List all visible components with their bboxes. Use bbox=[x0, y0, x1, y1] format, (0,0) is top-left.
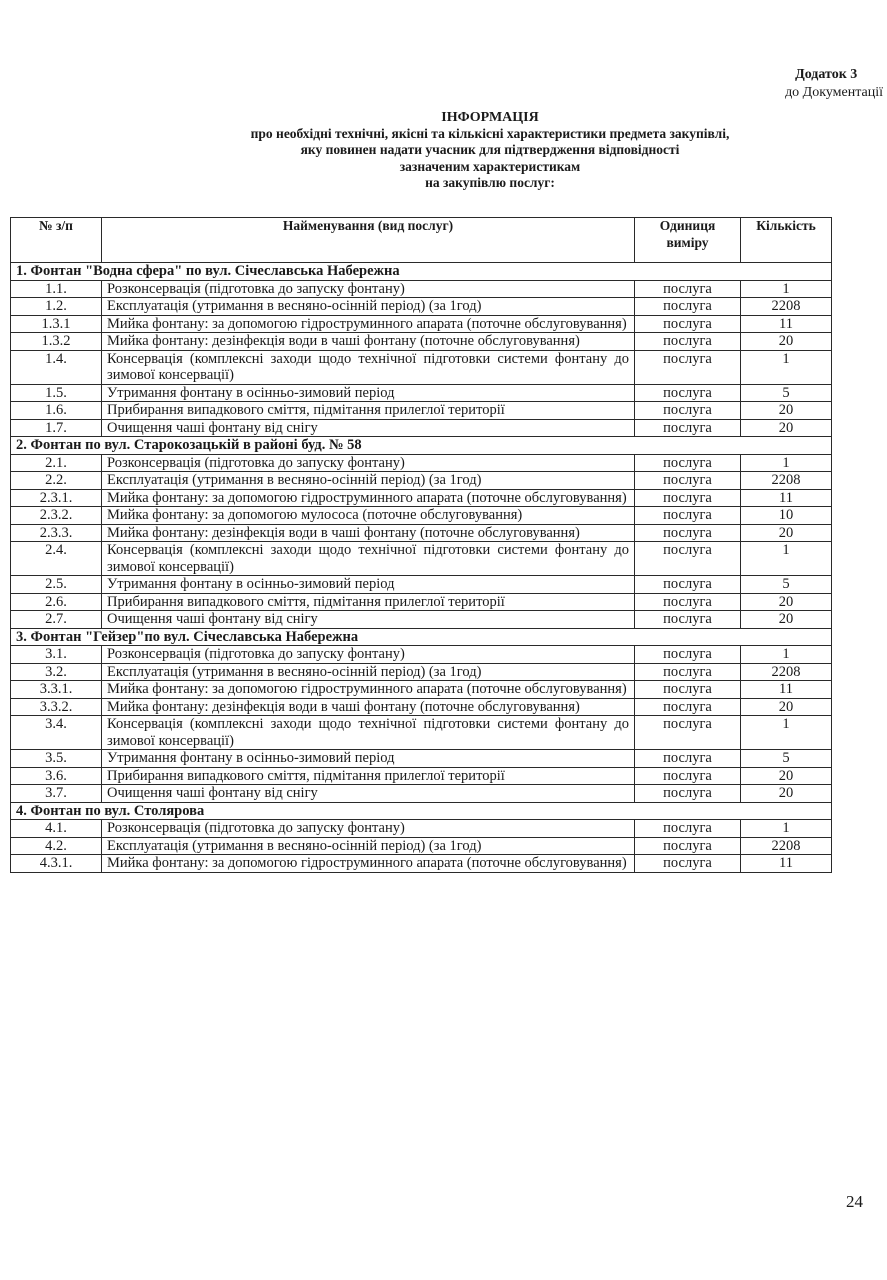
table-row: 2.1.Розконсервація (підготовка до запуск… bbox=[11, 454, 832, 472]
unit-of-measure: послуга bbox=[635, 280, 741, 298]
quantity: 20 bbox=[741, 333, 832, 351]
unit-of-measure: послуга bbox=[635, 820, 741, 838]
row-number: 2.4. bbox=[11, 542, 102, 576]
quantity: 20 bbox=[741, 593, 832, 611]
service-name: Мийка фонтану: за допомогою мулососа (по… bbox=[102, 507, 635, 525]
service-name: Мийка фонтану: за допомогою гідрострумин… bbox=[102, 681, 635, 699]
services-table: № з/п Найменування (вид послуг) Одиниця … bbox=[10, 217, 832, 873]
quantity: 11 bbox=[741, 681, 832, 699]
service-name: Мийка фонтану: дезінфекція води в чаші ф… bbox=[102, 524, 635, 542]
header-qty: Кількість bbox=[741, 218, 832, 263]
row-number: 2.5. bbox=[11, 576, 102, 594]
service-name: Експлуатація (утримання в весняно-осінні… bbox=[102, 663, 635, 681]
quantity: 1 bbox=[741, 716, 832, 750]
service-name: Утримання фонтану в осінньо-зимовий пері… bbox=[102, 384, 635, 402]
service-name: Прибирання випадкового сміття, підмітанн… bbox=[102, 402, 635, 420]
unit-of-measure: послуга bbox=[635, 767, 741, 785]
quantity: 20 bbox=[741, 611, 832, 629]
quantity: 5 bbox=[741, 750, 832, 768]
section-row: 3. Фонтан "Гейзер"по вул. Січеславська Н… bbox=[11, 628, 832, 646]
table-row: 1.1.Розконсервація (підготовка до запуск… bbox=[11, 280, 832, 298]
table-row: 3.2.Експлуатація (утримання в весняно-ос… bbox=[11, 663, 832, 681]
service-name: Консервація (комплексні заходи щодо техн… bbox=[102, 350, 635, 384]
service-name: Прибирання випадкового сміття, підмітанн… bbox=[102, 593, 635, 611]
quantity: 5 bbox=[741, 384, 832, 402]
page-number: 24 bbox=[846, 1192, 863, 1212]
service-name: Прибирання випадкового сміття, підмітанн… bbox=[102, 767, 635, 785]
table-row: 1.3.2Мийка фонтану: дезінфекція води в ч… bbox=[11, 333, 832, 351]
quantity: 2208 bbox=[741, 663, 832, 681]
unit-of-measure: послуга bbox=[635, 315, 741, 333]
row-number: 3.2. bbox=[11, 663, 102, 681]
title-line: на закупівлю послуг: bbox=[140, 175, 840, 191]
service-name: Експлуатація (утримання в весняно-осінні… bbox=[102, 837, 635, 855]
quantity: 11 bbox=[741, 315, 832, 333]
quantity: 11 bbox=[741, 855, 832, 873]
service-name: Очищення чаші фонтану від снігу bbox=[102, 785, 635, 803]
quantity: 20 bbox=[741, 767, 832, 785]
table-row: 2.7.Очищення чаші фонтану від снігупослу… bbox=[11, 611, 832, 629]
service-name: Експлуатація (утримання в весняно-осінні… bbox=[102, 472, 635, 490]
title-main: ІНФОРМАЦІЯ bbox=[140, 110, 840, 126]
quantity: 1 bbox=[741, 646, 832, 664]
row-number: 1.5. bbox=[11, 384, 102, 402]
row-number: 1.6. bbox=[11, 402, 102, 420]
annex-label: Додаток 3 до Документації bbox=[785, 66, 883, 102]
row-number: 1.4. bbox=[11, 350, 102, 384]
table-row: 2.3.3.Мийка фонтану: дезінфекція води в … bbox=[11, 524, 832, 542]
table-row: 1.3.1Мийка фонтану: за допомогою гідрост… bbox=[11, 315, 832, 333]
unit-of-measure: послуга bbox=[635, 542, 741, 576]
row-number: 1.3.1 bbox=[11, 315, 102, 333]
table-row: 1.5.Утримання фонтану в осінньо-зимовий … bbox=[11, 384, 832, 402]
quantity: 11 bbox=[741, 489, 832, 507]
section-title: 2. Фонтан по вул. Старокозацькій в район… bbox=[11, 437, 832, 455]
section-title: 3. Фонтан "Гейзер"по вул. Січеславська Н… bbox=[11, 628, 832, 646]
row-number: 2.2. bbox=[11, 472, 102, 490]
table-row: 3.4.Консервація (комплексні заходи щодо … bbox=[11, 716, 832, 750]
service-name: Розконсервація (підготовка до запуску фо… bbox=[102, 820, 635, 838]
unit-of-measure: послуга bbox=[635, 576, 741, 594]
service-name: Мийка фонтану: за допомогою гідрострумин… bbox=[102, 489, 635, 507]
table-row: 3.3.1.Мийка фонтану: за допомогою гідрос… bbox=[11, 681, 832, 699]
service-name: Консервація (комплексні заходи щодо техн… bbox=[102, 716, 635, 750]
unit-of-measure: послуга bbox=[635, 681, 741, 699]
service-name: Розконсервація (підготовка до запуску фо… bbox=[102, 280, 635, 298]
quantity: 20 bbox=[741, 402, 832, 420]
header-name: Найменування (вид послуг) bbox=[102, 218, 635, 263]
unit-of-measure: послуга bbox=[635, 419, 741, 437]
service-name: Мийка фонтану: дезінфекція води в чаші ф… bbox=[102, 333, 635, 351]
table-row: 2.3.2.Мийка фонтану: за допомогою мулосо… bbox=[11, 507, 832, 525]
unit-of-measure: послуга bbox=[635, 472, 741, 490]
unit-of-measure: послуга bbox=[635, 750, 741, 768]
table-row: 4.2.Експлуатація (утримання в весняно-ос… bbox=[11, 837, 832, 855]
unit-of-measure: послуга bbox=[635, 663, 741, 681]
table-row: 2.5.Утримання фонтану в осінньо-зимовий … bbox=[11, 576, 832, 594]
title-line: яку повинен надати учасник для підтвердж… bbox=[140, 142, 840, 158]
section-title: 4. Фонтан по вул. Столярова bbox=[11, 802, 832, 820]
row-number: 4.3.1. bbox=[11, 855, 102, 873]
document-title: ІНФОРМАЦІЯ про необхідні технічні, якісн… bbox=[140, 110, 840, 191]
unit-of-measure: послуга bbox=[635, 524, 741, 542]
service-name: Мийка фонтану: дезінфекція води в чаші ф… bbox=[102, 698, 635, 716]
service-name: Утримання фонтану в осінньо-зимовий пері… bbox=[102, 576, 635, 594]
row-number: 4.2. bbox=[11, 837, 102, 855]
row-number: 3.3.1. bbox=[11, 681, 102, 699]
quantity: 20 bbox=[741, 785, 832, 803]
unit-of-measure: послуга bbox=[635, 855, 741, 873]
quantity: 2208 bbox=[741, 837, 832, 855]
table-row: 1.4.Консервація (комплексні заходи щодо … bbox=[11, 350, 832, 384]
unit-of-measure: послуга bbox=[635, 350, 741, 384]
unit-of-measure: послуга bbox=[635, 454, 741, 472]
quantity: 2208 bbox=[741, 298, 832, 316]
section-title: 1. Фонтан "Водна сфера" по вул. Січеслав… bbox=[11, 263, 832, 281]
unit-of-measure: послуга bbox=[635, 384, 741, 402]
unit-of-measure: послуга bbox=[635, 698, 741, 716]
service-name: Очищення чаші фонтану від снігу bbox=[102, 611, 635, 629]
quantity: 1 bbox=[741, 350, 832, 384]
unit-of-measure: послуга bbox=[635, 489, 741, 507]
quantity: 2208 bbox=[741, 472, 832, 490]
quantity: 1 bbox=[741, 454, 832, 472]
title-line: зазначеним характеристикам bbox=[140, 159, 840, 175]
row-number: 2.3.2. bbox=[11, 507, 102, 525]
section-row: 2. Фонтан по вул. Старокозацькій в район… bbox=[11, 437, 832, 455]
header-num: № з/п bbox=[11, 218, 102, 263]
section-row: 4. Фонтан по вул. Столярова bbox=[11, 802, 832, 820]
unit-of-measure: послуга bbox=[635, 837, 741, 855]
table-row: 4.3.1.Мийка фонтану: за допомогою гідрос… bbox=[11, 855, 832, 873]
quantity: 1 bbox=[741, 542, 832, 576]
row-number: 1.7. bbox=[11, 419, 102, 437]
unit-of-measure: послуга bbox=[635, 333, 741, 351]
unit-of-measure: послуга bbox=[635, 785, 741, 803]
row-number: 4.1. bbox=[11, 820, 102, 838]
table-body: 1. Фонтан "Водна сфера" по вул. Січеслав… bbox=[11, 263, 832, 873]
table-row: 1.2.Експлуатація (утримання в весняно-ос… bbox=[11, 298, 832, 316]
table-row: 4.1.Розконсервація (підготовка до запуск… bbox=[11, 820, 832, 838]
title-line: про необхідні технічні, якісні та кількі… bbox=[140, 126, 840, 142]
service-name: Мийка фонтану: за допомогою гідрострумин… bbox=[102, 855, 635, 873]
unit-of-measure: послуга bbox=[635, 298, 741, 316]
row-number: 1.3.2 bbox=[11, 333, 102, 351]
quantity: 20 bbox=[741, 524, 832, 542]
table-row: 1.7.Очищення чаші фонтану від снігупослу… bbox=[11, 419, 832, 437]
row-number: 2.6. bbox=[11, 593, 102, 611]
row-number: 3.6. bbox=[11, 767, 102, 785]
annex-reference: до Документації bbox=[785, 84, 883, 102]
table-row: 2.4.Консервація (комплексні заходи щодо … bbox=[11, 542, 832, 576]
table-row: 3.7.Очищення чаші фонтану від снігупослу… bbox=[11, 785, 832, 803]
table-header-row: № з/п Найменування (вид послуг) Одиниця … bbox=[11, 218, 832, 263]
table-row: 3.5.Утримання фонтану в осінньо-зимовий … bbox=[11, 750, 832, 768]
service-name: Очищення чаші фонтану від снігу bbox=[102, 419, 635, 437]
unit-of-measure: послуга bbox=[635, 593, 741, 611]
row-number: 2.1. bbox=[11, 454, 102, 472]
quantity: 10 bbox=[741, 507, 832, 525]
row-number: 2.3.3. bbox=[11, 524, 102, 542]
table-row: 3.1.Розконсервація (підготовка до запуск… bbox=[11, 646, 832, 664]
row-number: 2.7. bbox=[11, 611, 102, 629]
service-name: Мийка фонтану: за допомогою гідрострумин… bbox=[102, 315, 635, 333]
unit-of-measure: послуга bbox=[635, 507, 741, 525]
quantity: 20 bbox=[741, 419, 832, 437]
quantity: 1 bbox=[741, 820, 832, 838]
table-row: 1.6.Прибирання випадкового сміття, підмі… bbox=[11, 402, 832, 420]
row-number: 3.7. bbox=[11, 785, 102, 803]
table-row: 3.3.2.Мийка фонтану: дезінфекція води в … bbox=[11, 698, 832, 716]
unit-of-measure: послуга bbox=[635, 611, 741, 629]
row-number: 3.5. bbox=[11, 750, 102, 768]
annex-number: Додаток 3 bbox=[785, 66, 883, 84]
row-number: 3.3.2. bbox=[11, 698, 102, 716]
row-number: 1.2. bbox=[11, 298, 102, 316]
service-name: Утримання фонтану в осінньо-зимовий пері… bbox=[102, 750, 635, 768]
row-number: 3.1. bbox=[11, 646, 102, 664]
quantity: 20 bbox=[741, 698, 832, 716]
quantity: 1 bbox=[741, 280, 832, 298]
table-row: 2.2.Експлуатація (утримання в весняно-ос… bbox=[11, 472, 832, 490]
table-row: 3.6.Прибирання випадкового сміття, підмі… bbox=[11, 767, 832, 785]
row-number: 2.3.1. bbox=[11, 489, 102, 507]
unit-of-measure: послуга bbox=[635, 646, 741, 664]
table-row: 2.3.1.Мийка фонтану: за допомогою гідрос… bbox=[11, 489, 832, 507]
service-name: Консервація (комплексні заходи щодо техн… bbox=[102, 542, 635, 576]
row-number: 3.4. bbox=[11, 716, 102, 750]
unit-of-measure: послуга bbox=[635, 716, 741, 750]
unit-of-measure: послуга bbox=[635, 402, 741, 420]
service-name: Розконсервація (підготовка до запуску фо… bbox=[102, 646, 635, 664]
section-row: 1. Фонтан "Водна сфера" по вул. Січеслав… bbox=[11, 263, 832, 281]
service-name: Експлуатація (утримання в весняно-осінні… bbox=[102, 298, 635, 316]
service-name: Розконсервація (підготовка до запуску фо… bbox=[102, 454, 635, 472]
quantity: 5 bbox=[741, 576, 832, 594]
table-row: 2.6.Прибирання випадкового сміття, підмі… bbox=[11, 593, 832, 611]
row-number: 1.1. bbox=[11, 280, 102, 298]
header-unit: Одиниця виміру bbox=[635, 218, 741, 263]
